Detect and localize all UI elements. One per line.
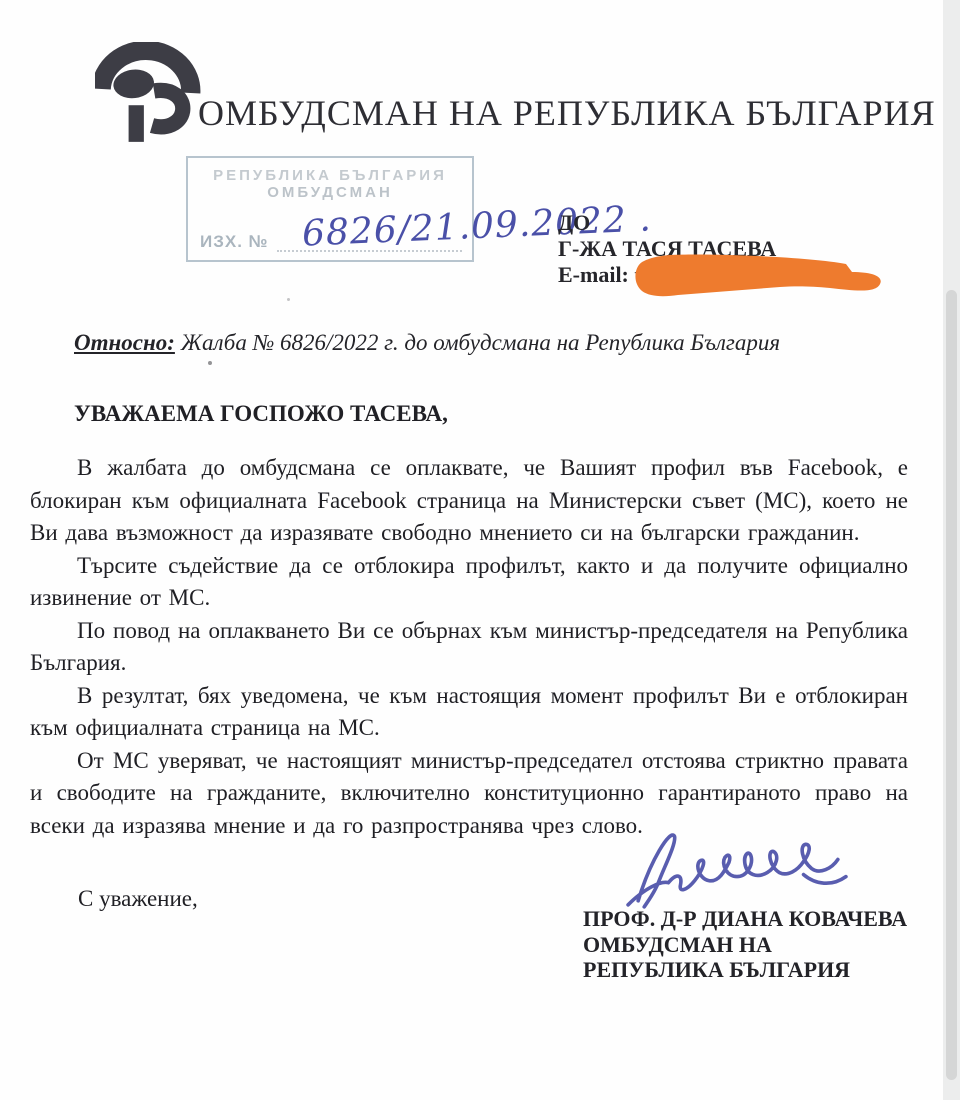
scrollbar-thumb[interactable]: [946, 290, 957, 1080]
signer-title-line2: РЕПУБЛИКА БЪЛГАРИЯ: [583, 957, 907, 983]
closing: С уважение,: [78, 886, 198, 912]
org-title: ОМБУДСМАН НА РЕПУБЛИКА БЪЛГАРИЯ: [198, 92, 936, 134]
scrollbar-track[interactable]: [943, 0, 960, 1100]
subject-text: Жалба № 6826/2022 г. до омбудсмана на Ре…: [181, 330, 780, 355]
ombudsman-eye-logo: [95, 42, 207, 144]
stamp-reg-label: ИЗХ. №: [200, 232, 269, 252]
stamp-institution-line: ОМБУДСМАН: [188, 184, 472, 201]
letter-body: В жалбата до омбудсмана се оплаквате, че…: [30, 452, 908, 842]
subject-label: Относно:: [74, 330, 175, 355]
salutation: УВАЖАЕМА ГОСПОЖО ТАСЕВА,: [74, 401, 448, 427]
document-viewer: ОМБУДСМАН НА РЕПУБЛИКА БЪЛГАРИЯ РЕПУБЛИК…: [0, 0, 960, 1100]
body-paragraph: В жалбата до омбудсмана се оплаквате, че…: [30, 452, 908, 550]
handwritten-signature: [616, 816, 858, 912]
body-paragraph: По повод на оплакването Ви се обърнах къ…: [30, 615, 908, 680]
scan-speck: [287, 298, 290, 301]
signature-block: ПРОФ. Д-Р ДИАНА КОВАЧЕВА ОМБУДСМАН НА РЕ…: [583, 906, 907, 983]
body-paragraph: В резултат, бях уведомена, че към настоя…: [30, 680, 908, 745]
eye-logo-graphic: [95, 42, 207, 144]
letter-page: ОМБУДСМАН НА РЕПУБЛИКА БЪЛГАРИЯ РЕПУБЛИК…: [0, 0, 960, 1100]
signer-name: ПРОФ. Д-Р ДИАНА КОВАЧЕВА: [583, 906, 907, 932]
recipient-to: ДО: [558, 210, 776, 236]
scan-speck: [208, 361, 212, 365]
stamp-country-line: РЕПУБЛИКА БЪЛГАРИЯ: [188, 167, 472, 184]
body-paragraph: Търсите съдействие да се отблокира профи…: [30, 550, 908, 615]
email-redaction-marker: [630, 247, 888, 305]
subject-line: Относно:Жалба № 6826/2022 г. до омбудсма…: [74, 330, 780, 356]
signer-title-line1: ОМБУДСМАН НА: [583, 932, 907, 958]
